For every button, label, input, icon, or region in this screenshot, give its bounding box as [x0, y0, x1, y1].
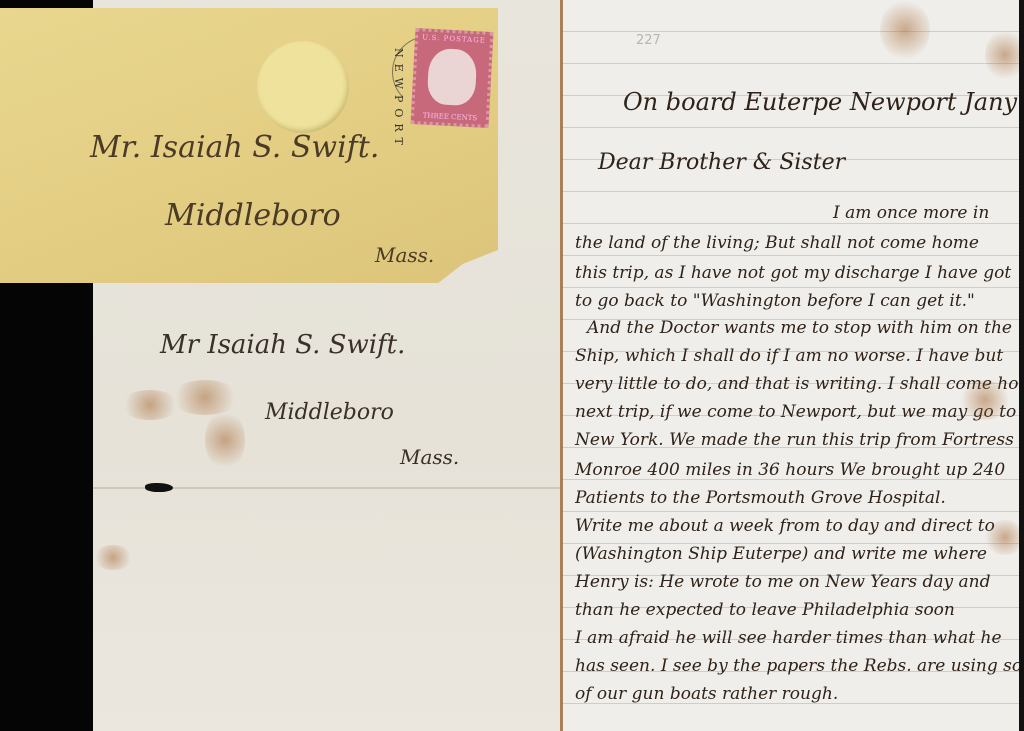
stain [170, 380, 240, 415]
letter-line: to go back to "Washington before I can g… [575, 291, 975, 311]
letter-line: this trip, as I have not got my discharg… [575, 263, 1011, 283]
back-address-state: Mass. [400, 445, 459, 469]
stamp-portrait [427, 48, 478, 106]
letter-line: than he expected to leave Philadelphia s… [575, 600, 955, 620]
wax-seal [257, 41, 349, 133]
letter-salutation: Dear Brother & Sister [598, 150, 845, 175]
right-edge-strip [1019, 0, 1024, 731]
postage-stamp: U.S. POSTAGE THREE CENTS [411, 28, 494, 128]
postmark-text: NEWPORT [392, 48, 405, 151]
envelope: NEWPORT U.S. POSTAGE THREE CENTS Mr. Isa… [0, 8, 498, 283]
letter-page: On board Euterpe Newport Jany 18th 1863.… [560, 0, 1024, 731]
letter-line: And the Doctor wants me to stop with him… [587, 318, 1012, 338]
back-address-city: Middleboro [265, 400, 394, 425]
stain [960, 380, 1010, 420]
stamp-bottom-text: THREE CENTS [414, 111, 486, 123]
letter-line: New York. We made the run this trip from… [575, 430, 1014, 450]
catalog-number: 227 [636, 33, 661, 48]
stain [93, 545, 133, 570]
letter-line: (Washington Ship Euterpe) and write me w… [575, 544, 987, 564]
letter-heading: On board Euterpe Newport Jany 18th 1863. [623, 88, 1024, 116]
envelope-city: Middleboro [165, 198, 341, 233]
ink-blot [145, 483, 173, 492]
envelope-recipient: Mr. Isaiah S. Swift. [90, 130, 379, 165]
letter-line: Write me about a week from to day and di… [575, 516, 995, 536]
letter-line: next trip, if we come to Newport, but we… [575, 402, 1016, 422]
stain [880, 0, 930, 60]
letter-line: I am afraid he will see harder times tha… [575, 628, 1002, 648]
letter-line: Monroe 400 miles in 36 hours We brought … [575, 460, 1005, 480]
letter-line: of our gun boats rather rough. [575, 684, 838, 704]
letter-line: Ship, which I shall do if I am no worse.… [575, 346, 1003, 366]
letter-line: Henry is: He wrote to me on New Years da… [575, 572, 990, 592]
letter-line: I am once more in [833, 203, 989, 223]
stain [205, 410, 245, 470]
letter-line: very little to do, and that is writing. … [575, 374, 1024, 394]
stamp-top-text: U.S. POSTAGE [418, 33, 490, 45]
letter-line: the land of the living; But shall not co… [575, 233, 979, 253]
letter-line: has seen. I see by the papers the Rebs. … [575, 656, 1024, 676]
back-address-recipient: Mr Isaiah S. Swift. [160, 330, 405, 360]
letter-line: Patients to the Portsmouth Grove Hospita… [575, 488, 946, 508]
envelope-state: Mass. [375, 243, 434, 267]
